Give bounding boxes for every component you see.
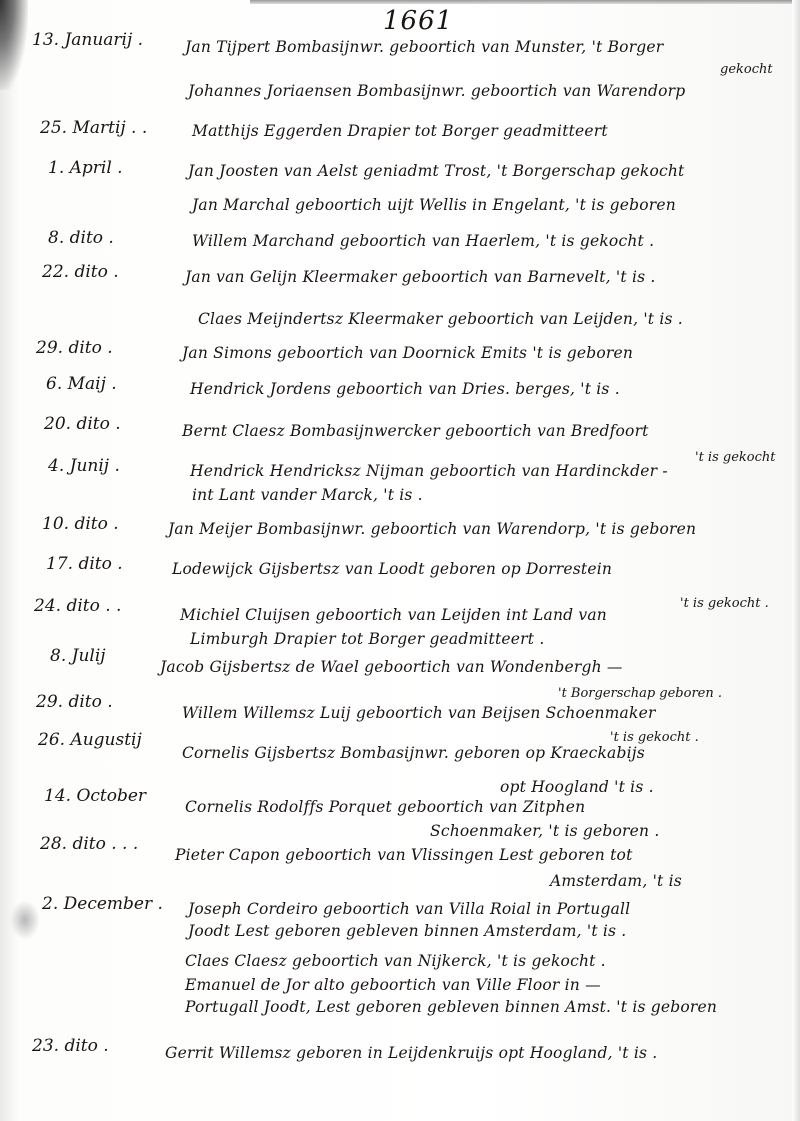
entry-line: Willem Willemsz Luij geboortich van Beij… <box>182 704 656 722</box>
entry-line: Jan van Gelijn Kleermaker geboortich van… <box>185 268 656 286</box>
entry-date: 2. December . <box>42 894 163 914</box>
entry-date: 6. Maij . <box>46 374 117 394</box>
entry-line: Lodewijck Gijsbertsz van Loodt geboren o… <box>172 560 612 578</box>
entry-date: 28. dito . . . <box>40 834 138 854</box>
entry-date: 13. Januarij . <box>32 30 143 50</box>
margin-note: 't Borgerschap geboren . <box>558 686 722 701</box>
entry-line: Pieter Capon geboortich van Vlissingen L… <box>175 846 633 864</box>
entry-date: 25. Martij . . <box>40 118 147 138</box>
entry-date: 20. dito . <box>44 414 121 434</box>
entry-line: Claes Meijndertsz Kleermaker geboortich … <box>198 310 683 328</box>
entry-date: 29. dito . <box>36 692 113 712</box>
entry-line: Cornelis Rodolffs Porquet geboortich van… <box>185 798 585 816</box>
binding-shadow <box>0 0 28 90</box>
entry-line: int Lant vander Marck, 't is . <box>192 486 423 504</box>
entry-line: Joodt Lest geboren gebleven binnen Amste… <box>188 922 626 940</box>
entry-line: Jan Marchal geboortich uijt Wellis in En… <box>192 196 676 214</box>
entry-line: Gerrit Willemsz geboren in Leijdenkruijs… <box>165 1044 657 1062</box>
margin-note: 't is gekocht . <box>680 596 769 611</box>
entry-line: Cornelis Gijsbertsz Bombasijnwr. geboren… <box>182 744 645 762</box>
entry-line: Willem Marchand geboortich van Haerlem, … <box>192 232 654 250</box>
ink-smudge <box>10 900 40 940</box>
page-right-edge <box>792 0 800 1121</box>
page-top-edge <box>250 0 800 4</box>
entry-line: Hendrick Hendricksz Nijman geboortich va… <box>190 462 668 480</box>
entry-date: 1. April . <box>48 158 123 178</box>
entry-line: Jan Joosten van Aelst geniadmt Trost, 't… <box>188 162 685 180</box>
entry-date: 8. Julij <box>50 646 106 666</box>
entry-date: 23. dito . <box>32 1036 109 1056</box>
margin-note: gekocht <box>720 62 773 77</box>
entry-date: 10. dito . <box>42 514 119 534</box>
entry-date: 14. October <box>44 786 146 806</box>
margin-note: 't is gekocht . <box>610 730 699 745</box>
entry-line: Jan Simons geboortich van Doornick Emits… <box>182 344 633 362</box>
entry-line: Jan Meijer Bombasijnwr. geboortich van W… <box>168 520 696 538</box>
entry-line: Michiel Cluijsen geboortich van Leijden … <box>180 606 607 624</box>
manuscript-page: 1661 13. Januarij . 25. Martij . . 1. Ap… <box>0 0 800 1121</box>
entry-line: Matthijs Eggerden Drapier tot Borger gea… <box>192 122 608 140</box>
entry-date: 24. dito . . <box>34 596 121 616</box>
entry-line: Johannes Joriaensen Bombasijnwr. geboort… <box>188 82 685 100</box>
entry-line: Hendrick Jordens geboortich van Dries. b… <box>190 380 620 398</box>
entry-line: Limburgh Drapier tot Borger geadmitteert… <box>190 630 544 648</box>
entry-date: 8. dito . <box>48 228 114 248</box>
entry-line: Claes Claesz geboortich van Nijkerck, 't… <box>185 952 606 970</box>
entry-line: Amsterdam, 't is <box>550 872 682 890</box>
margin-note: 't is gekocht <box>695 450 776 465</box>
entry-date: 29. dito . <box>36 338 113 358</box>
entry-line: Portugall Joodt, Lest geboren gebleven b… <box>185 998 717 1016</box>
entry-line: Schoenmaker, 't is geboren . <box>430 822 659 840</box>
entry-date: 22. dito . <box>42 262 119 282</box>
page-year-heading: 1661 <box>383 6 453 36</box>
entry-date: 26. Augustij <box>38 730 142 750</box>
entry-line: Emanuel de Jor alto geboortich van Ville… <box>185 976 601 994</box>
entry-line: Jacob Gijsbertsz de Wael geboortich van … <box>160 658 623 676</box>
entry-line: opt Hoogland 't is . <box>500 778 654 796</box>
entry-date: 4. Junij . <box>48 456 120 476</box>
entry-line: Bernt Claesz Bombasijnwercker geboortich… <box>182 422 649 440</box>
entry-date: 17. dito . <box>46 554 123 574</box>
entry-line: Jan Tijpert Bombasijnwr. geboortich van … <box>185 38 663 56</box>
entry-line: Joseph Cordeiro geboortich van Villa Roi… <box>188 900 630 918</box>
